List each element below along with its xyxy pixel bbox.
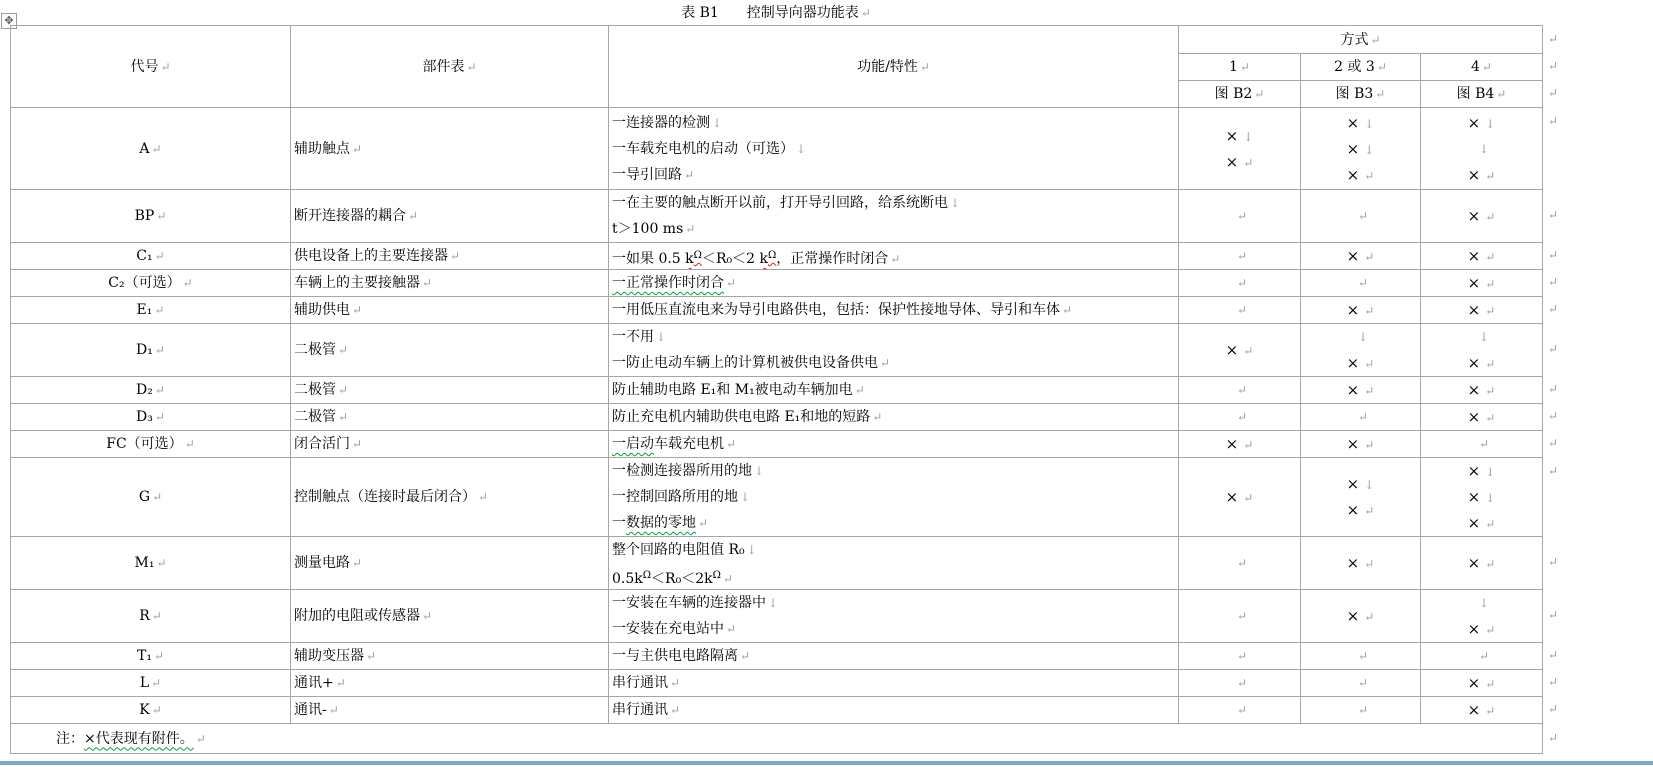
mode-2or3-cell: ↵ [1301,190,1421,243]
code-cell: T₁↵ [11,643,291,670]
parts-label: 辅助变压器 [294,648,364,664]
cross-mark: × [1468,514,1481,532]
function-cell: 串行通讯↵ [609,670,1179,697]
cross-mark: × [1468,381,1481,399]
cell-end-mark: ↵ [1243,438,1253,452]
cell-end-mark: ↵ [1485,704,1495,718]
mode-1-cell: ↵ [1179,297,1301,324]
row-end-mark: ↵ [1548,247,1558,263]
cell-end-mark: ↵ [155,383,165,397]
code-label: T₁ [137,648,152,664]
text-segment: 一与主供电电路隔离 [612,648,738,664]
line-break-mark: ↓ [1364,143,1374,157]
header-mode-4: 4↵ [1421,54,1543,81]
header-parts-label: 部件表 [422,59,464,75]
parts-cell: 辅助触点↵ [291,108,609,190]
parts-cell: 闭合活门↵ [291,431,609,458]
function-line: 一启动车载充电机↵ [612,431,1175,457]
cell-end-mark: ↵ [160,60,170,74]
table-row: G↵控制触点（连接时最后闭合）↵一检测连接器所用的地↓一控制回路所用的地↓一数据… [11,458,1543,537]
parts-cell: 控制触点（连接时最后闭合）↵ [291,458,609,537]
table-row: K↵通讯-↵串行通讯↵↵↵×↵ [11,697,1543,724]
text-segment: 一检测连接器所用的地 [612,463,752,479]
function-line: 一导引回路↵ [612,162,1175,188]
mode-2or3-cell: ×↵ [1301,297,1421,324]
line-break-mark: ↓ [1485,117,1495,131]
mode-2or3-cell: ↵ [1301,670,1421,697]
document-bottom-edge [0,761,1653,765]
row-end-mark: ↵ [1548,301,1558,317]
mode-mark-line: ↓ [1301,324,1420,350]
cross-mark: × [1347,247,1360,265]
parts-label: 辅助供电 [294,302,350,318]
cell-end-mark: ↵ [152,490,162,504]
mode-2or3-cell: ×↵ [1301,590,1421,643]
cell-end-mark: ↵ [151,676,161,690]
cross-mark: × [1226,488,1239,506]
cell-end-mark: ↵ [920,60,930,74]
mode-mark-line: ×↵ [1301,603,1420,629]
row-end-mark: ↵ [1548,408,1558,424]
parts-label: 二极管 [294,409,336,425]
cell-end-mark: ↵ [1370,33,1380,47]
cell-end-mark: ↵ [478,490,488,504]
code-label: D₁ [136,342,153,358]
mode-mark-line: ×↵ [1301,243,1420,269]
cell-end-mark: ↵ [1485,623,1495,637]
cell-end-mark: ↵ [154,649,164,663]
function-cell: 一安装在车辆的连接器中↓一安装在充电站中↵ [609,590,1179,643]
mode-mark-line: ×↵ [1421,162,1542,188]
text-segment: 一安装在充电站中 [612,621,724,637]
cell-end-mark: ↵ [1496,87,1506,101]
text-segment: t＞100 ms [612,221,683,237]
function-line: 一如果 0.5 kΩ＜R₀＜2 kΩ，正常操作时闭合↵ [612,243,1175,269]
mode-2or3-cell: ×↵ [1301,243,1421,270]
code-label: D₃ [136,409,153,425]
cell-end-mark: ↵ [183,276,193,290]
mode-mark-line: ×↵ [1301,162,1420,188]
mode-mark-line: ↵ [1179,243,1300,269]
mode-mark-line: ×↵ [1421,377,1542,403]
mode-mark-line: ×↵ [1421,404,1542,430]
mode-mark-line: ×↵ [1421,270,1542,296]
text-segment: 一不用 [612,329,654,345]
row-end-mark: ↵ [1548,607,1558,623]
cross-mark: × [1468,207,1481,225]
header-code: 代号↵ [11,26,291,108]
line-break-mark: ↓ [747,543,757,557]
cell-end-mark: ↵ [1485,169,1495,183]
cell-end-mark: ↵ [1358,410,1368,424]
function-line: 一不用↓ [612,324,1175,350]
mode-mark-line: ×↵ [1301,377,1420,403]
cell-end-mark: ↵ [1364,438,1374,452]
cell-end-mark: ↵ [1485,677,1495,691]
header-fig-b2-label: 图 B2 [1215,86,1253,102]
cell-end-mark: ↵ [338,343,348,357]
function-line: 0.5kΩ＜R₀＜2kΩ↵ [612,563,1175,589]
cell-end-mark: ↵ [1485,384,1495,398]
code-cell: L↵ [11,670,291,697]
cross-mark: × [1468,674,1481,692]
function-line: 一连接器的检测↓ [612,110,1175,136]
row-end-mark: ↵ [1548,58,1558,74]
cell-end-mark: ↵ [1364,250,1374,264]
cell-end-mark: ↵ [352,303,362,317]
cell-end-mark: ↵ [1364,169,1374,183]
parts-label: 供电设备上的主要连接器 [294,248,448,264]
function-cell: 一启动车载充电机↵ [609,431,1179,458]
mode-mark-line: ×↵ [1421,670,1542,696]
mode-4-cell: ×↵ [1421,297,1543,324]
line-break-mark: ↓ [1358,330,1368,344]
mode-mark-line: ×↵ [1301,497,1420,523]
cell-end-mark: ↵ [155,410,165,424]
mode-2or3-cell: ×↵ [1301,431,1421,458]
cross-mark: × [1468,247,1481,265]
mode-2or3-cell: ↓×↵ [1301,324,1421,377]
parts-cell: 供电设备上的主要连接器↵ [291,243,609,270]
table-row: T₁↵辅助变压器↵一与主供电电路隔离↵↵↵↵ [11,643,1543,670]
header-mode-2or3-label: 2 或 3 [1334,59,1375,75]
table-row: D₂↵二极管↵防止辅助电路 E₁和 M₁被电动车辆加电↵↵×↵×↵ [11,377,1543,404]
cell-end-mark: ↵ [1358,276,1368,290]
table-row: FC（可选）↵闭合活门↵一启动车载充电机↵×↵×↵↵ [11,431,1543,458]
code-label: L [140,675,149,691]
text-segment: 一 [612,515,626,531]
cell-end-mark: ↵ [1358,676,1368,690]
table-title-text: 表 B1 控制导向器功能表 [681,5,859,21]
mode-2or3-cell: ×↵ [1301,537,1421,590]
header-fig-b3: 图 B3↵ [1301,81,1421,108]
cell-end-mark: ↵ [1485,517,1495,531]
mode-4-cell: ×↵ [1421,697,1543,724]
mode-mark-line: ↵ [1179,550,1300,576]
mode-2or3-cell: ↵ [1301,697,1421,724]
cell-end-mark: ↵ [726,437,736,451]
cell-end-mark: ↵ [698,516,708,530]
text-segment: 一在主要的触点断开以前，打开导引回路，给系统断电 [612,195,948,211]
cross-mark: × [1347,381,1360,399]
cell-end-mark: ↵ [1254,87,1264,101]
function-cell: 一在主要的触点断开以前，打开导引回路，给系统断电↓t＞100 ms↵ [609,190,1179,243]
function-line: 整个回路的电阻值 R₀↓ [612,537,1175,563]
parts-label: 二极管 [294,342,336,358]
table-body: A↵辅助触点↵一连接器的检测↓一车载充电机的启动（可选）↓一导引回路↵×↓×↵×… [11,108,1543,754]
mode-4-cell: ×↵ [1421,670,1543,697]
mode-mark-line: ×↵ [1179,431,1300,457]
text-segment: Ω [768,250,776,261]
cross-mark: × [1226,341,1239,359]
cell-end-mark: ↵ [155,249,165,263]
code-label: BP [135,208,155,224]
parts-label: 二极管 [294,382,336,398]
text-segment: 一正常操作时闭合 [612,275,724,291]
code-cell: M₁↵ [11,537,291,590]
mode-mark-line: ×↵ [1421,510,1542,536]
mode-4-cell: ×↵ [1421,377,1543,404]
cell-end-mark: ↵ [1237,556,1247,570]
header-code-label: 代号 [130,59,158,75]
cross-mark: × [1347,475,1360,493]
function-cell: 防止充电机内辅助供电电路 E₁和地的短路↵ [609,404,1179,431]
header-mode-2or3: 2 或 3↵ [1301,54,1421,81]
cell-end-mark: ↵ [1364,384,1374,398]
cell-end-mark: ↵ [1358,649,1368,663]
note-row: 注：×代表现有附件。↵ [11,724,1543,754]
mode-mark-line: ↵ [1301,404,1420,430]
cross-mark: × [1468,301,1481,319]
cell-end-mark: ↵ [1485,304,1495,318]
cell-end-mark: ↵ [338,383,348,397]
function-line: 一正常操作时闭合↵ [612,270,1175,296]
parts-cell: 辅助供电↵ [291,297,609,324]
code-label: K [139,702,149,718]
line-break-mark: ↓ [1479,330,1489,344]
code-cell: G↵ [11,458,291,537]
cell-end-mark: ↵ [1237,249,1247,263]
line-break-mark: ↓ [740,490,750,504]
cell-end-mark: ↵ [726,276,736,290]
function-line: 一车载充电机的启动（可选）↓ [612,136,1175,162]
text-segment: 一启动 [612,436,654,452]
cell-end-mark: ↵ [1237,276,1247,290]
function-cell: 一如果 0.5 kΩ＜R₀＜2 kΩ，正常操作时闭合↵ [609,243,1179,270]
code-label: D₂ [136,382,153,398]
mode-4-cell: ↓×↵ [1421,324,1543,377]
mode-mark-line: ×↓ [1301,471,1420,497]
code-label: G [139,489,150,505]
mode-4-cell: ×↓×↓×↵ [1421,458,1543,537]
line-break-mark: ↓ [1243,130,1253,144]
text-segment: 一导引回路 [612,167,682,183]
cell-end-mark: ↵ [1243,344,1253,358]
cross-mark: × [1347,140,1360,158]
mode-mark-line: ↵ [1179,670,1300,696]
cell-end-mark: ↵ [156,209,166,223]
line-break-mark: ↓ [1479,596,1489,610]
parts-cell: 断开连接器的耦合↵ [291,190,609,243]
table-row: D₁↵二极管↵一不用↓一防止电动车辆上的计算机被供电设备供电↵×↵↓×↵↓×↵ [11,324,1543,377]
mode-mark-line: ×↵ [1301,550,1420,576]
cell-end-mark: ↵ [196,732,206,746]
cell-end-mark: ↵ [1364,504,1374,518]
cell-end-mark: ↵ [726,622,736,636]
cell-end-mark: ↵ [740,649,750,663]
cell-end-mark: ↵ [1237,303,1247,317]
cross-mark: × [1468,408,1481,426]
line-break-mark: ↓ [796,142,806,156]
row-end-mark: ↵ [1548,730,1558,746]
row-end-mark: ↵ [1548,113,1558,129]
cell-end-mark: ↵ [670,676,680,690]
parts-cell: 通讯-↵ [291,697,609,724]
mode-4-cell: ↵ [1421,643,1543,670]
mode-mark-line: ↵ [1301,697,1420,723]
header-fig-b3-label: 图 B3 [1336,86,1374,102]
mode-1-cell: ×↓×↵ [1179,108,1301,190]
cross-mark: × [1347,166,1360,184]
table-title: 表 B1 控制导向器功能表↵ [10,2,1542,24]
cross-mark: × [1226,435,1239,453]
cell-end-mark: ↵ [422,609,432,623]
function-line: 防止充电机内辅助供电电路 E₁和地的短路↵ [612,404,1175,430]
function-cell: 一不用↓一防止电动车辆上的计算机被供电设备供电↵ [609,324,1179,377]
mode-mark-line: ↵ [1421,431,1542,457]
cell-end-mark: ↵ [723,572,733,586]
cross-mark: × [1468,554,1481,572]
cell-end-mark: ↵ [338,410,348,424]
code-label: R [139,608,150,624]
text-segment: 一车载充电机的启动（可选） [612,141,794,157]
mode-1-cell: ↵ [1179,377,1301,404]
parts-cell: 测量电路↵ [291,537,609,590]
parts-cell: 辅助变压器↵ [291,643,609,670]
table-row: C₂（可选）↵车辆上的主要接触器↵一正常操作时闭合↵↵↵×↵ [11,270,1543,297]
mode-mark-line: ×↓ [1301,110,1420,136]
mode-4-cell: ×↵ [1421,243,1543,270]
parts-cell: 二极管↵ [291,324,609,377]
text-segment: Ω [694,250,702,261]
cell-end-mark: ↵ [1479,649,1489,663]
line-break-mark: ↓ [1485,491,1495,505]
line-break-mark: ↓ [1485,465,1495,479]
mode-1-cell: ↵ [1179,537,1301,590]
row-end-mark: ↵ [1548,274,1558,290]
mode-mark-line: ↵ [1179,270,1300,296]
mode-mark-line: ×↓ [1421,458,1542,484]
cell-end-mark: ↵ [1243,491,1253,505]
mode-1-cell: ×↵ [1179,324,1301,377]
cell-end-mark: ↵ [152,142,162,156]
code-cell: FC（可选）↵ [11,431,291,458]
mode-mark-line: ×↵ [1421,616,1542,642]
function-line: 一安装在车辆的连接器中↓ [612,590,1175,616]
row-end-mark: ↵ [1548,207,1558,223]
cell-end-mark: ↵ [154,303,164,317]
cell-end-mark: ↵ [880,356,890,370]
mode-mark-line: ↵ [1179,203,1300,229]
mode-1-cell: ↵ [1179,404,1301,431]
cell-end-mark: ↵ [1485,411,1495,425]
parts-cell: 二极管↵ [291,404,609,431]
function-cell: 一用低压直流电来为导引电路供电，包括：保护性接地导体、导引和车体↵ [609,297,1179,324]
mode-mark-line: ×↵ [1301,350,1420,376]
line-break-mark: ↓ [656,330,666,344]
row-end-mark: ↵ [1548,341,1558,357]
mode-1-cell: ↵ [1179,697,1301,724]
mode-mark-line: ×↵ [1421,550,1542,576]
function-line: 一数据的零地↵ [612,510,1175,536]
cell-end-mark: ↵ [1364,557,1374,571]
text-segment: ，正常操作时闭合 [776,251,888,267]
note-cell: 注：×代表现有附件。↵ [11,724,1543,754]
mode-mark-line: ↵ [1179,377,1300,403]
function-line: 一防止电动车辆上的计算机被供电设备供电↵ [612,350,1175,376]
header-fig-b4-label: 图 B4 [1457,86,1495,102]
mode-2or3-cell: ↵ [1301,270,1421,297]
mode-2or3-cell: ↵ [1301,643,1421,670]
cell-end-mark: ↵ [1358,703,1368,717]
function-cell: 整个回路的电阻值 R₀↓0.5kΩ＜R₀＜2kΩ↵ [609,537,1179,590]
cell-end-mark: ↵ [466,60,476,74]
cell-end-mark: ↵ [1485,557,1495,571]
cell-end-mark: ↵ [352,556,362,570]
row-end-mark: ↵ [1548,674,1558,690]
header-mode-1: 1↵ [1179,54,1301,81]
mode-1-cell: ×↵ [1179,431,1301,458]
mode-4-cell: ×↵ [1421,404,1543,431]
row-end-mark: ↵ [1548,647,1558,663]
line-break-mark: ↓ [768,596,778,610]
text-segment: 串行通讯 [612,702,668,718]
note-text: ×代表现有附件。 [84,731,194,747]
mode-2or3-cell: ×↓×↓×↵ [1301,108,1421,190]
code-label: E₁ [137,302,153,318]
cell-end-mark: ↵ [336,676,346,690]
function-line: 一用低压直流电来为导引电路供电，包括：保护性接地导体、导引和车体↵ [612,297,1175,323]
text-segment: ＜R₀＜2k [651,571,713,587]
cell-end-mark: ↵ [685,222,695,236]
parts-label: 闭合活门 [294,436,350,452]
mode-4-cell: ×↓↓×↵ [1421,108,1543,190]
text-segment: 数据的零地 [626,515,696,531]
table-row: E₁↵辅助供电↵一用低压直流电来为导引电路供电，包括：保护性接地导体、导引和车体… [11,297,1543,324]
cell-end-mark: ↵ [156,556,166,570]
mode-mark-line: ↵ [1179,697,1300,723]
mode-mark-line: ×↵ [1179,484,1300,510]
code-cell: E₁↵ [11,297,291,324]
parts-label: 辅助触点 [294,141,350,157]
code-cell: D₃↵ [11,404,291,431]
code-cell: C₁↵ [11,243,291,270]
mode-mark-line: ×↵ [1421,350,1542,376]
header-fig-b4: 图 B4↵ [1421,81,1543,108]
header-mode-1-label: 1 [1229,59,1238,75]
cell-end-mark: ↵ [1485,210,1495,224]
text-segment: 一安装在车辆的连接器中 [612,595,766,611]
mode-mark-line: ↓ [1421,590,1542,616]
text-segment: 一如果 0.5 [612,251,685,267]
code-cell: D₂↵ [11,377,291,404]
function-line: 串行通讯↵ [612,670,1175,696]
function-line: 一控制回路所用的地↓ [612,484,1175,510]
cell-end-mark: ↵ [1237,649,1247,663]
cell-end-mark: ↵ [152,703,162,717]
line-break-mark: ↓ [950,196,960,210]
mode-mark-line: ×↓ [1421,110,1542,136]
mode-mark-line: ↵ [1301,643,1420,669]
mode-2or3-cell: ×↓×↵ [1301,458,1421,537]
parts-label: 通讯+ [294,675,334,691]
text-segment: 防止充电机内辅助供电电路 E₁和地的短路 [612,409,870,425]
function-line: 一与主供电电路隔离↵ [612,643,1175,669]
row-end-mark: ↵ [1548,701,1558,717]
mode-mark-line: ×↵ [1421,297,1542,323]
text-segment: Ω [713,570,721,581]
header-parts: 部件表↵ [291,26,609,108]
cell-end-mark: ↵ [329,703,339,717]
function-cell: 一正常操作时闭合↵ [609,270,1179,297]
cell-end-mark: ↵ [155,343,165,357]
cross-mark: × [1468,488,1481,506]
cell-end-mark: ↵ [1364,304,1374,318]
note-prefix: 注： [56,731,84,747]
cross-mark: × [1226,127,1239,145]
cell-end-mark: ↵ [422,276,432,290]
mode-1-cell: ↵ [1179,643,1301,670]
